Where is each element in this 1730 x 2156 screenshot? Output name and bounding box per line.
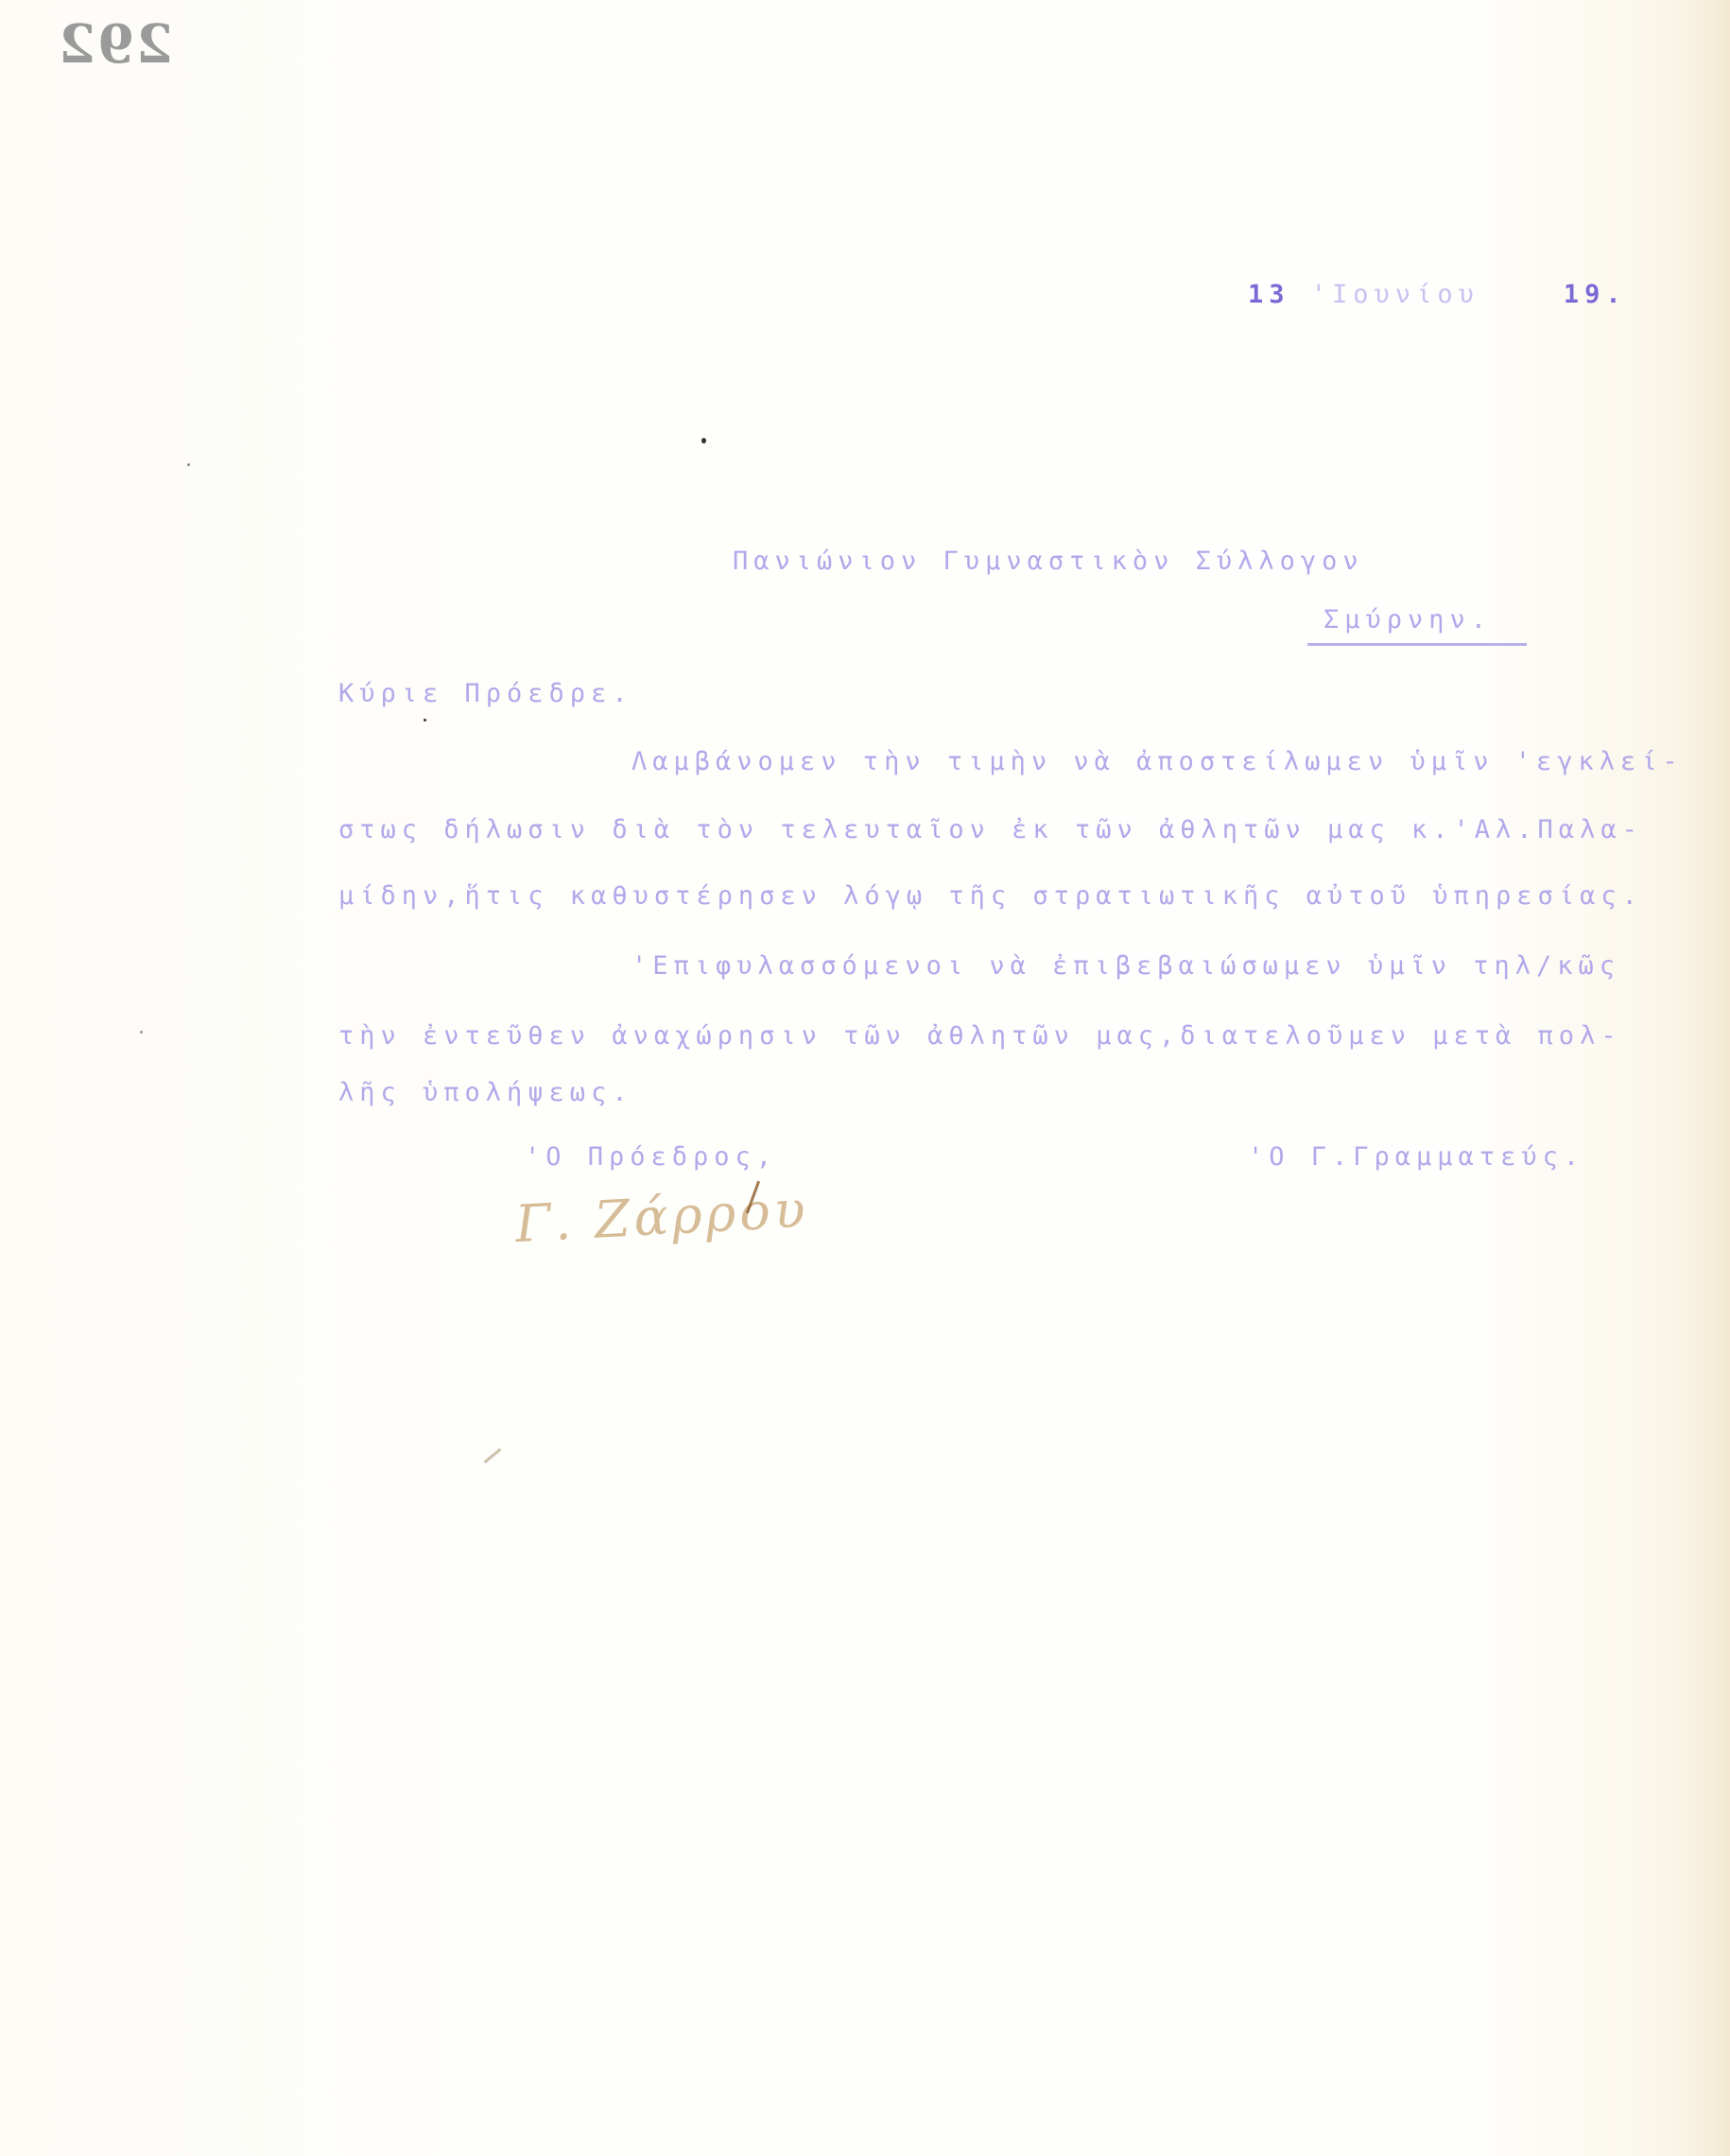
date-year: 19. — [1564, 280, 1627, 309]
body-line: Λαμβάνομεν τὴν τιμὴν νὰ ἀποστείλωμεν ὑμῖ… — [631, 747, 1684, 776]
letter-date: 13 'Ιουνίου 19. — [1248, 280, 1627, 309]
paper-edge — [1694, 0, 1730, 2156]
closing-president: 'Ο Πρόεδρος, — [525, 1142, 777, 1172]
city-underline — [1307, 643, 1527, 646]
ink-speck — [140, 1031, 143, 1034]
body-line: στως δήλωσιν διὰ τὸν τελευταῖον ἐκ τῶν ἀ… — [338, 815, 1643, 844]
date-month: 'Ιουνίου — [1311, 280, 1479, 309]
handwritten-signature: Γ. Ζάρρου — [514, 1179, 810, 1254]
recipient-name: Πανιώνιον Γυμναστικὸν Σύλλογον — [733, 547, 1364, 576]
body-line: τὴν ἐντεῦθεν ἀναχώρησιν τῶν ἀθλητῶν μας,… — [338, 1021, 1622, 1051]
body-line: μίδην,ἥτις καθυστέρησεν λόγῳ τῆς στρατιω… — [338, 881, 1643, 911]
ink-speck — [701, 438, 706, 443]
folio-number: 292 — [57, 13, 173, 76]
ink-speck — [187, 463, 190, 466]
salutation: Κύριε Πρόεδρε. — [338, 679, 633, 708]
body-line: λῆς ὑπολήψεως. — [338, 1078, 633, 1107]
date-day: 13 — [1248, 280, 1290, 309]
closing-secretary: 'Ο Γ.Γραμματεύς. — [1248, 1142, 1584, 1172]
pencil-mark — [484, 1448, 502, 1463]
ink-speck — [424, 719, 426, 722]
body-line: 'Επιφυλασσόμενοι νὰ ἐπιβεβαιώσωμεν ὑμῖν … — [631, 951, 1620, 981]
recipient-city: Σμύρνην. — [1323, 605, 1492, 635]
